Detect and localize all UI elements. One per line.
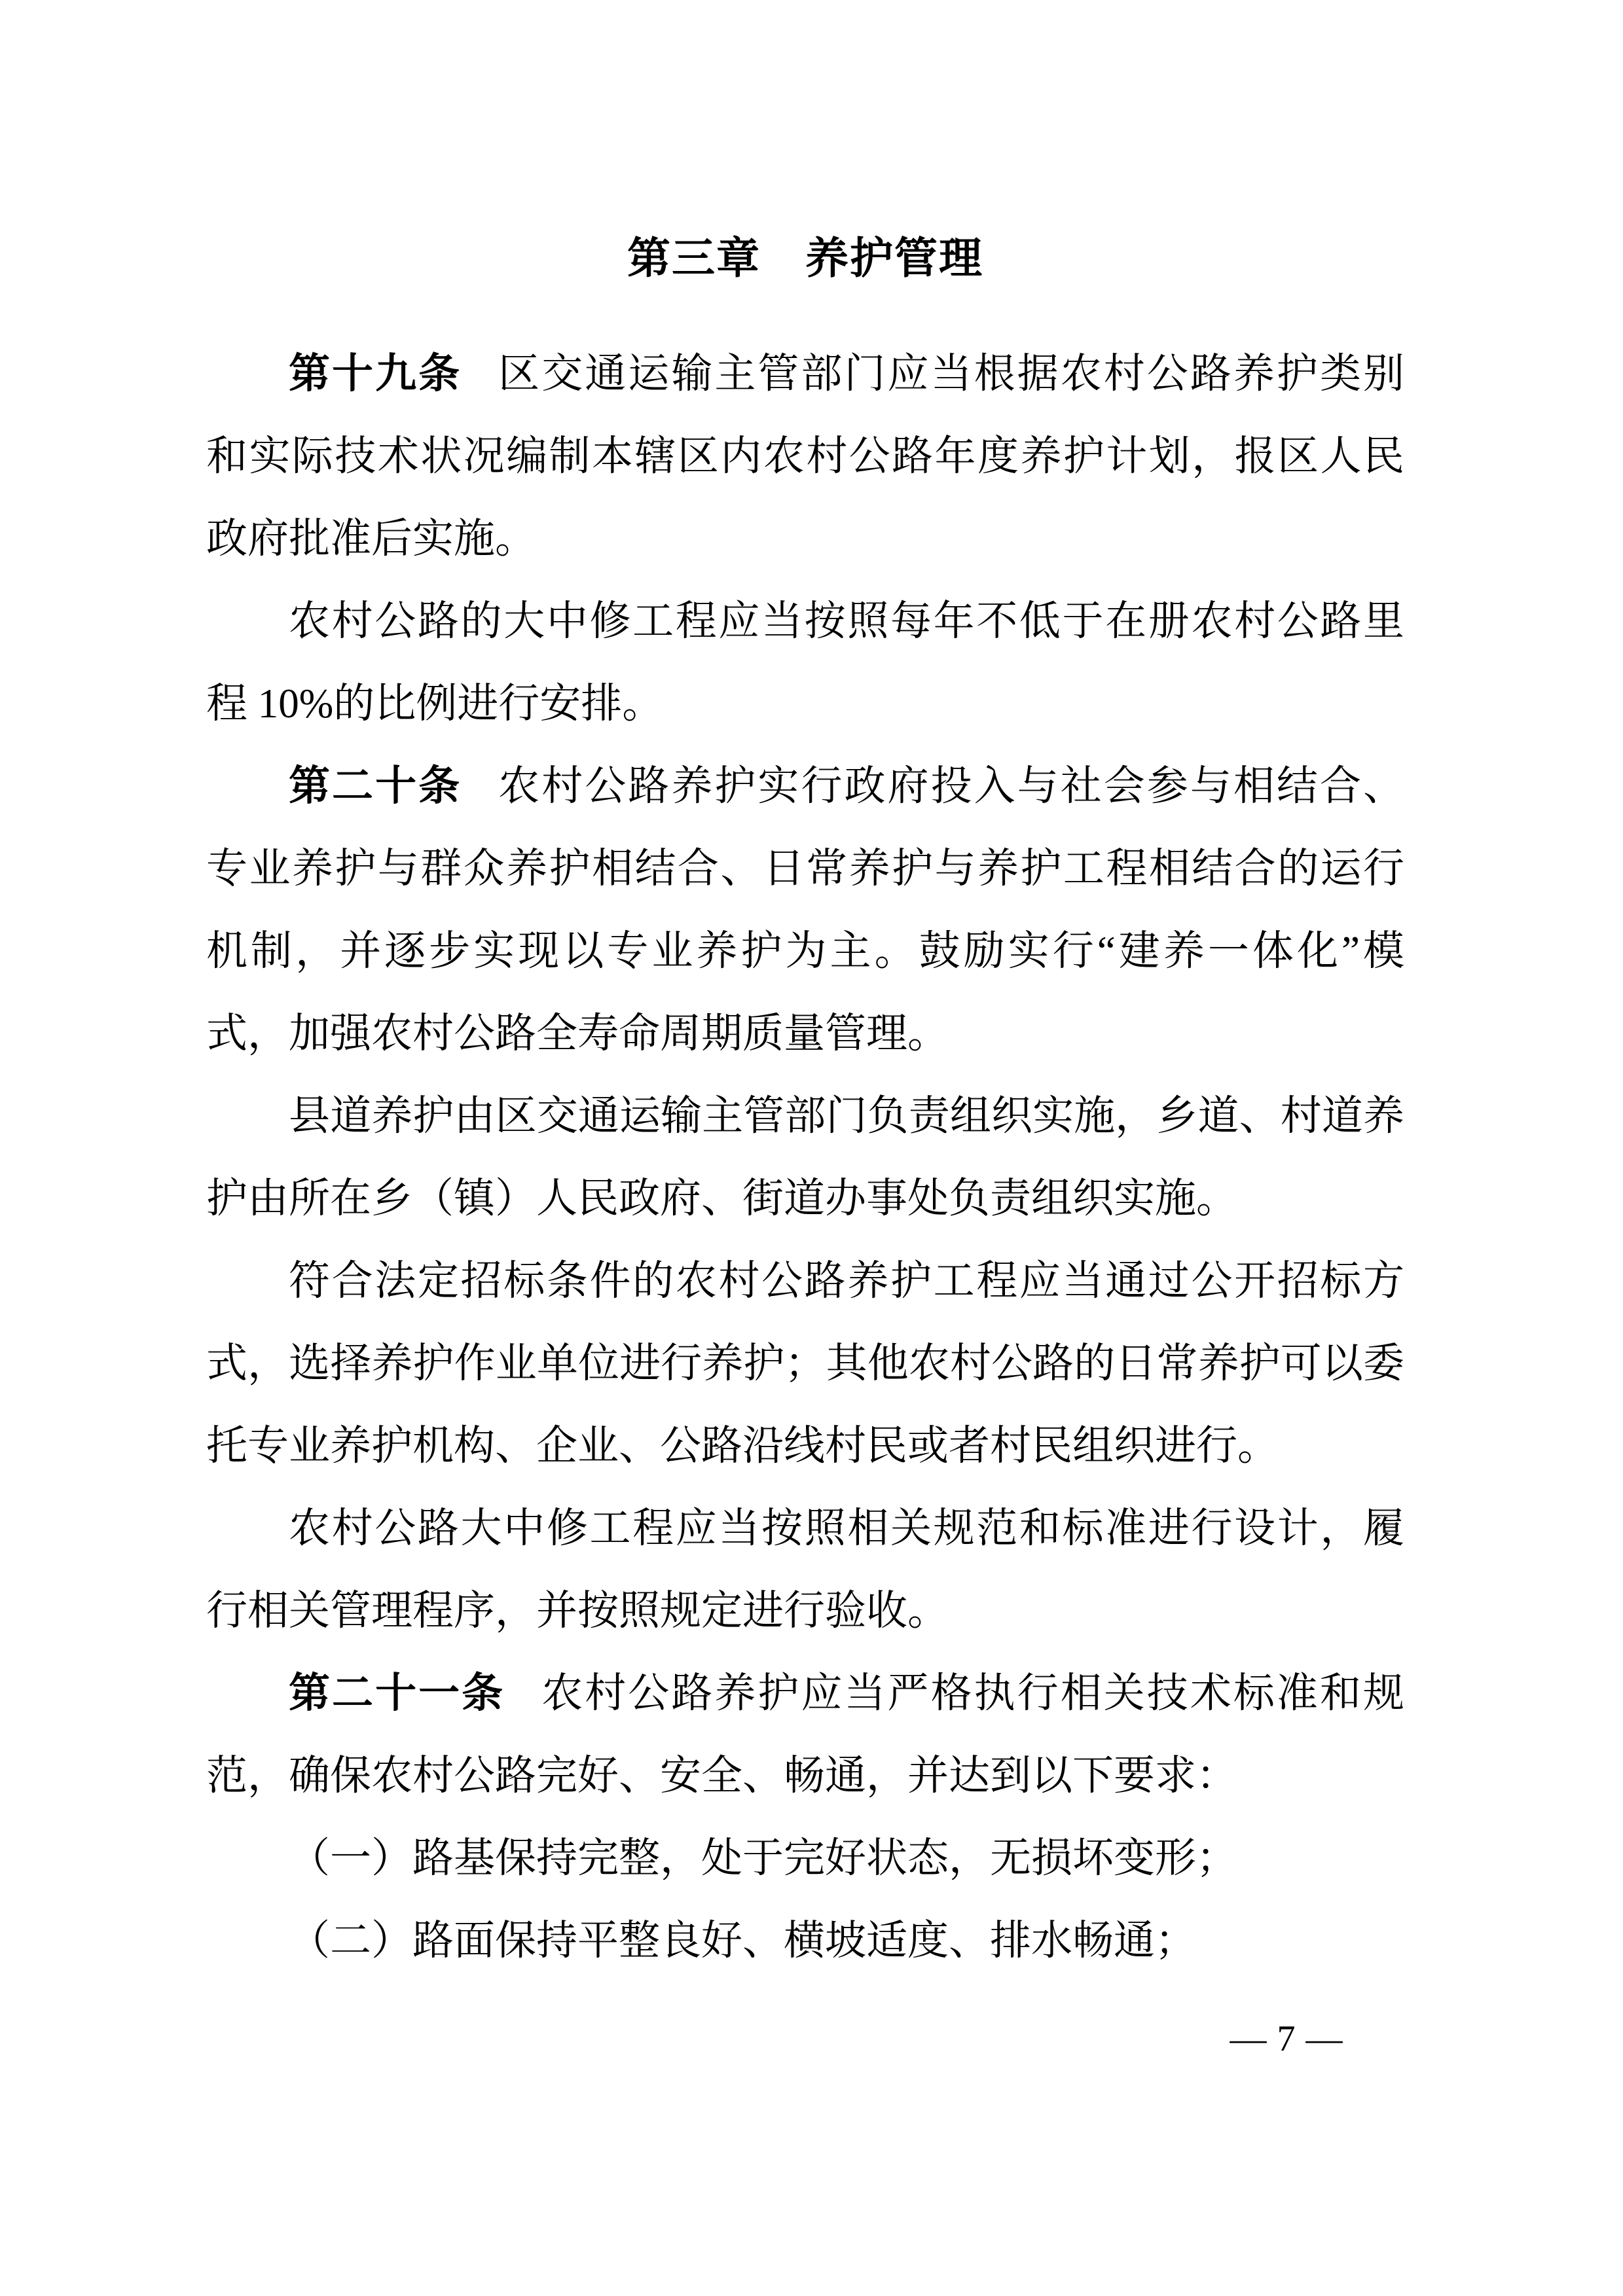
text-line: 第十九条区交通运输主管部门应当根据农村公路养护类别 <box>206 332 1404 415</box>
text-line: （一）路基保持完整，处于完好状态，无损坏变形； <box>206 1817 1404 1899</box>
line-text: 符合法定招标条件的农村公路养护工程应当通过公开招标方 <box>289 1258 1404 1304</box>
line-text: 程 10%的比例进行安排。 <box>206 681 663 726</box>
article-number-label: 第二十一条 <box>289 1670 505 1716</box>
line-text: 农村公路的大中修工程应当按照每年不低于在册农村公路里 <box>289 598 1404 644</box>
text-line: （二）路面保持平整良好、横坡适度、排水畅通； <box>206 1899 1404 1982</box>
line-text: （一）路基保持完整，处于完好状态，无损坏变形； <box>289 1835 1237 1881</box>
text-line: 政府批准后实施。 <box>206 497 1404 580</box>
line-text: 范，确保农村公路完好、安全、畅通，并达到以下要求： <box>206 1753 1237 1799</box>
text-line: 符合法定招标条件的农村公路养护工程应当通过公开招标方 <box>206 1240 1404 1322</box>
line-text: 式，选择养护作业单位进行养护；其他农村公路的日常养护可以委 <box>206 1340 1404 1386</box>
line-text: 农村公路大中修工程应当按照相关规范和标准进行设计，履 <box>289 1505 1404 1551</box>
text-line: 第二十条农村公路养护实行政府投入与社会参与相结合、 <box>206 745 1404 827</box>
line-text: 式，加强农村公路全寿命周期质量管理。 <box>206 1011 949 1056</box>
line-text: 农村公路养护实行政府投入与社会参与相结合、 <box>498 763 1404 809</box>
line-text: 政府批准后实施。 <box>206 516 536 562</box>
text-line: 和实际技术状况编制本辖区内农村公路年度养护计划，报区人民 <box>206 415 1404 497</box>
line-text: 县道养护由区交通运输主管部门负责组织实施，乡道、村道养 <box>289 1093 1404 1139</box>
text-line: 农村公路的大中修工程应当按照每年不低于在册农村公路里 <box>206 580 1404 662</box>
chapter-title: 第三章 养护管理 <box>206 233 1404 283</box>
page-number: — 7 — <box>1214 2017 1359 2060</box>
text-line: 式，选择养护作业单位进行养护；其他农村公路的日常养护可以委 <box>206 1322 1404 1405</box>
document-page: 第三章 养护管理 第十九条区交通运输主管部门应当根据农村公路养护类别和实际技术状… <box>0 0 1623 2296</box>
line-text: （二）路面保持平整良好、横坡适度、排水畅通； <box>289 1918 1196 1964</box>
text-line: 行相关管理程序，并按照规定进行验收。 <box>206 1570 1404 1652</box>
text-line: 式，加强农村公路全寿命周期质量管理。 <box>206 992 1404 1075</box>
text-line: 农村公路大中修工程应当按照相关规范和标准进行设计，履 <box>206 1487 1404 1570</box>
line-text: 行相关管理程序，并按照规定进行验收。 <box>206 1588 949 1634</box>
line-text: 护由所在乡（镇）人民政府、街道办事处负责组织实施。 <box>206 1175 1237 1221</box>
article-number-label: 第二十条 <box>289 763 462 809</box>
line-text: 农村公路养护应当严格执行相关技术标准和规 <box>541 1670 1404 1716</box>
line-text: 和实际技术状况编制本辖区内农村公路年度养护计划，报区人民 <box>206 433 1404 479</box>
text-line: 专业养护与群众养护相结合、日常养护与养护工程相结合的运行 <box>206 827 1404 910</box>
text-line: 县道养护由区交通运输主管部门负责组织实施，乡道、村道养 <box>206 1075 1404 1157</box>
line-text: 专业养护与群众养护相结合、日常养护与养护工程相结合的运行 <box>206 846 1404 891</box>
line-text: 托专业养护机构、企业、公路沿线村民或者村民组织进行。 <box>206 1423 1279 1469</box>
text-line: 护由所在乡（镇）人民政府、街道办事处负责组织实施。 <box>206 1157 1404 1240</box>
document-body: 第十九条区交通运输主管部门应当根据农村公路养护类别和实际技术状况编制本辖区内农村… <box>206 332 1404 1982</box>
line-text: 区交通运输主管部门应当根据农村公路养护类别 <box>498 351 1404 397</box>
text-line: 机制，并逐步实现以专业养护为主。鼓励实行“建养一体化”模 <box>206 910 1404 992</box>
text-line: 程 10%的比例进行安排。 <box>206 662 1404 745</box>
line-text: 机制，并逐步实现以专业养护为主。鼓励实行“建养一体化”模 <box>206 928 1404 974</box>
text-line: 托专业养护机构、企业、公路沿线村民或者村民组织进行。 <box>206 1405 1404 1487</box>
text-line: 范，确保农村公路完好、安全、畅通，并达到以下要求： <box>206 1734 1404 1817</box>
text-line: 第二十一条农村公路养护应当严格执行相关技术标准和规 <box>206 1652 1404 1734</box>
article-number-label: 第十九条 <box>289 351 462 397</box>
